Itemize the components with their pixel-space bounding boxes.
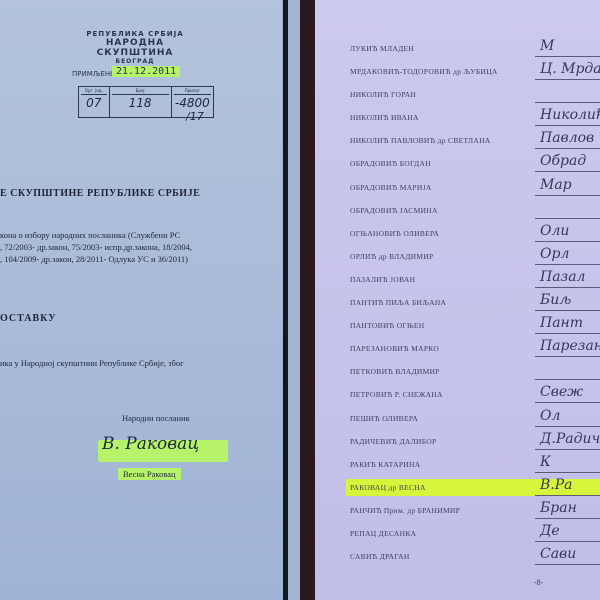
signatory-row: ОБРАДОВИЋ БОГДАНОбрад — [350, 155, 600, 178]
signatory-row: НИКОЛИЋ ИВАНАНиколић — [350, 109, 600, 132]
signature-line — [535, 56, 600, 57]
signature-line — [535, 218, 600, 219]
signer-role: Народни посланик — [122, 413, 190, 423]
signatory-name: НИКОЛИЋ ПАВЛОВИЋ др СВЕТЛАНА — [350, 136, 491, 145]
signatory-row: ПЕТРОВИЋ Р. СНЕЖАНАСвеж — [350, 386, 600, 409]
stamp-cell: Број 118 — [110, 87, 172, 117]
signature-line — [535, 402, 600, 403]
handwritten-signature: Павлов — [540, 130, 594, 146]
letterhead-city: БЕОГРАД — [70, 58, 200, 65]
handwritten-signature: Пазал — [540, 269, 585, 285]
handwritten-signature: Ол — [540, 408, 560, 424]
signatory-row: ОГЊАНОВИЋ ОЛИВЕРАОли — [350, 225, 600, 248]
signatory-row: РАНЧИЋ Прим. др БРАНИМИРБран — [350, 502, 600, 525]
signatory-name: РЕПАЦ ДЕСАНКА — [350, 529, 416, 538]
received-date: 21.12.2011 — [112, 66, 180, 77]
signatory-name: РАНЧИЋ Прим. др БРАНИМИР — [350, 506, 460, 515]
handwritten-signature: В.Ра — [540, 477, 573, 493]
handwritten-signature: К — [540, 454, 551, 470]
signatory-row: ОБРАДОВИЋ ЈАСМИНА — [350, 202, 600, 225]
stamp-header: Прилог — [174, 88, 211, 95]
stamp-value: -4800 — [175, 96, 210, 110]
handwritten-signature: Парезан — [540, 338, 600, 354]
document-heading: Е СКУПШТИНЕ РЕПУБЛИКЕ СРБИЈЕ — [0, 188, 200, 199]
handwritten-signature: Мар — [540, 177, 572, 193]
handwritten-signature: В. Раковац — [102, 434, 199, 454]
handwritten-signature: Сави — [540, 546, 576, 562]
signatory-row: ПЕШИЋ ОЛИВЕРАОл — [350, 410, 600, 433]
page-gap — [288, 0, 300, 600]
signature-line — [535, 264, 600, 265]
signatory-row: ОРЛИЋ др ВЛАДИМИРОрл — [350, 248, 600, 271]
stamp-value: 118 — [129, 96, 152, 110]
signature-line — [535, 541, 600, 542]
signatory-row: ОБРАДОВИЋ МАРИЈАМар — [350, 179, 600, 202]
signatory-row: ПАНТИЋ ПИЉА БИЉАНАБиљ — [350, 294, 600, 317]
signatory-row: НИКОЛИЋ ПАВЛОВИЋ др СВЕТЛАНАПавлов — [350, 132, 600, 155]
signatory-name: НИКОЛИЋ ИВАНА — [350, 113, 419, 122]
handwritten-signature: Орл — [540, 246, 569, 262]
resignation-letter-page: РЕПУБЛИКА СРБИЈА НАРОДНА СКУПШТИНА БЕОГР… — [0, 0, 282, 600]
signatory-name: ОБРАДОВИЋ МАРИЈА — [350, 183, 432, 192]
handwritten-signature: Николић — [540, 107, 600, 123]
signature-line — [535, 518, 600, 519]
letterhead-republic: РЕПУБЛИКА СРБИЈА — [70, 30, 200, 38]
paragraph-line: , 104/2009- др.закон, 28/2011- Одлука УС… — [0, 253, 270, 265]
signatory-name: ЛУКИЋ МЛАДЕН — [350, 44, 414, 53]
signature-line — [535, 148, 600, 149]
handwritten-signature: Ц. Мрдаков — [540, 61, 600, 77]
signature-line — [535, 241, 600, 242]
signature-line — [535, 195, 600, 196]
binding-shadow — [300, 0, 315, 600]
signatory-row: РАДИЧЕВИЋ ДАЛИБОРД.Радич — [350, 433, 600, 456]
signature-line — [535, 356, 600, 357]
handwritten-signature: Биљ — [540, 292, 571, 308]
paragraph-line: , 72/2003- др.закон, 75/2003- испр.др.за… — [0, 241, 270, 253]
signature-line — [535, 310, 600, 311]
signatory-name: МРДАКОВИЋ-ТОДОРОВИЋ др ЉУБИЦА — [350, 67, 498, 76]
stamp-header: Орг. јед. — [81, 88, 107, 95]
signatory-name: ПЕТРОВИЋ Р. СНЕЖАНА — [350, 390, 443, 399]
signatory-row: ПАЗАЛИЋ ЈОВАНПазал — [350, 271, 600, 294]
handwritten-signature: Пант — [540, 315, 583, 331]
handwritten-signature: Д.Радич — [540, 431, 600, 447]
document-body: ика у Народној скупштини Републике Србиј… — [0, 358, 184, 368]
signatory-name: ПАРЕЗАНОВИЋ МАРКО — [350, 344, 439, 353]
signatory-row: РЕПАЦ ДЕСАНКАДе — [350, 525, 600, 548]
signature-line — [535, 79, 600, 80]
signatory-name: ПАНТОВИЋ ОГЊЕН — [350, 321, 425, 330]
signatory-row: ПАНТОВИЋ ОГЊЕНПант — [350, 317, 600, 340]
signatory-row: РАКИЋ КАТАРИНАК — [350, 456, 600, 479]
letterhead-assembly: НАРОДНА СКУПШТИНА — [70, 38, 200, 58]
document-title: ОСТАВКУ — [0, 313, 57, 324]
stamp-value: 07 — [86, 96, 101, 110]
handwritten-signature: Де — [540, 523, 560, 539]
stamp-header: Број — [112, 88, 169, 95]
signatory-name: ПЕТКОВИЋ ВЛАДИМИР — [350, 367, 440, 376]
signatory-name: ПАНТИЋ ПИЉА БИЉАНА — [350, 298, 446, 307]
handwritten-signature: Бран — [540, 500, 577, 516]
signatory-row: ПАРЕЗАНОВИЋ МАРКОПарезан — [350, 340, 600, 363]
signatory-name: ОБРАДОВИЋ ЈАСМИНА — [350, 206, 438, 215]
signatory-row: ПЕТКОВИЋ ВЛАДИМИР — [350, 363, 600, 386]
paragraph-line: кона о избору народних посланика (Службе… — [0, 229, 270, 241]
signatory-name: ПЕШИЋ ОЛИВЕРА — [350, 414, 418, 423]
handwritten-signature: Оли — [540, 223, 569, 239]
handwritten-signature: Свеж — [540, 384, 583, 400]
signatory-name: ОГЊАНОВИЋ ОЛИВЕРА — [350, 229, 439, 238]
signature-line — [535, 379, 600, 380]
signature-line — [535, 449, 600, 450]
signature-line — [535, 287, 600, 288]
highlighted-signature: В. Раковац — [98, 440, 228, 462]
signature-line — [535, 102, 600, 103]
handwritten-signature: М — [540, 38, 554, 54]
letterhead: РЕПУБЛИКА СРБИЈА НАРОДНА СКУПШТИНА БЕОГР… — [70, 30, 200, 65]
signatory-row: РАКОВАЦ др ВЕСНАВ.Ра — [350, 479, 600, 502]
signature-line — [535, 333, 600, 334]
signatory-row: ЛУКИЋ МЛАДЕНМ — [350, 40, 600, 63]
signatory-name: ПАЗАЛИЋ ЈОВАН — [350, 275, 415, 284]
signatory-name: РАКОВАЦ др ВЕСНА — [350, 483, 426, 492]
signature-line — [535, 472, 600, 473]
signature-line — [535, 564, 600, 565]
signatory-row: САВИЋ ДРАГАНСави — [350, 548, 600, 571]
stamp-suffix: /17 — [186, 110, 204, 123]
signatory-name: ОРЛИЋ др ВЛАДИМИР — [350, 252, 434, 261]
signatory-name: ОБРАДОВИЋ БОГДАН — [350, 159, 431, 168]
signer-name: Весна Раковац — [118, 468, 181, 480]
signatory-row: НИКОЛИЋ ГОРАН — [350, 86, 600, 109]
signature-list-page: ЛУКИЋ МЛАДЕНММРДАКОВИЋ-ТОДОРОВИЋ др ЉУБИ… — [315, 0, 600, 600]
signature-line — [535, 171, 600, 172]
signatory-name: РАДИЧЕВИЋ ДАЛИБОР — [350, 437, 436, 446]
signatory-name: САВИЋ ДРАГАН — [350, 552, 410, 561]
signature-line — [535, 125, 600, 126]
signature-line — [535, 495, 600, 496]
stamp-cell: Орг. јед. 07 — [79, 87, 110, 117]
legal-reference-paragraph: кона о избору народних посланика (Службе… — [0, 229, 270, 265]
signatory-name: НИКОЛИЋ ГОРАН — [350, 90, 416, 99]
handwritten-signature: Обрад — [540, 153, 586, 169]
signatory-row: МРДАКОВИЋ-ТОДОРОВИЋ др ЉУБИЦАЦ. Мрдаков — [350, 63, 600, 86]
signature-line — [535, 426, 600, 427]
signatory-list: ЛУКИЋ МЛАДЕНММРДАКОВИЋ-ТОДОРОВИЋ др ЉУБИ… — [350, 40, 600, 571]
page-number: -8- — [534, 578, 543, 587]
signatory-name: РАКИЋ КАТАРИНА — [350, 460, 420, 469]
